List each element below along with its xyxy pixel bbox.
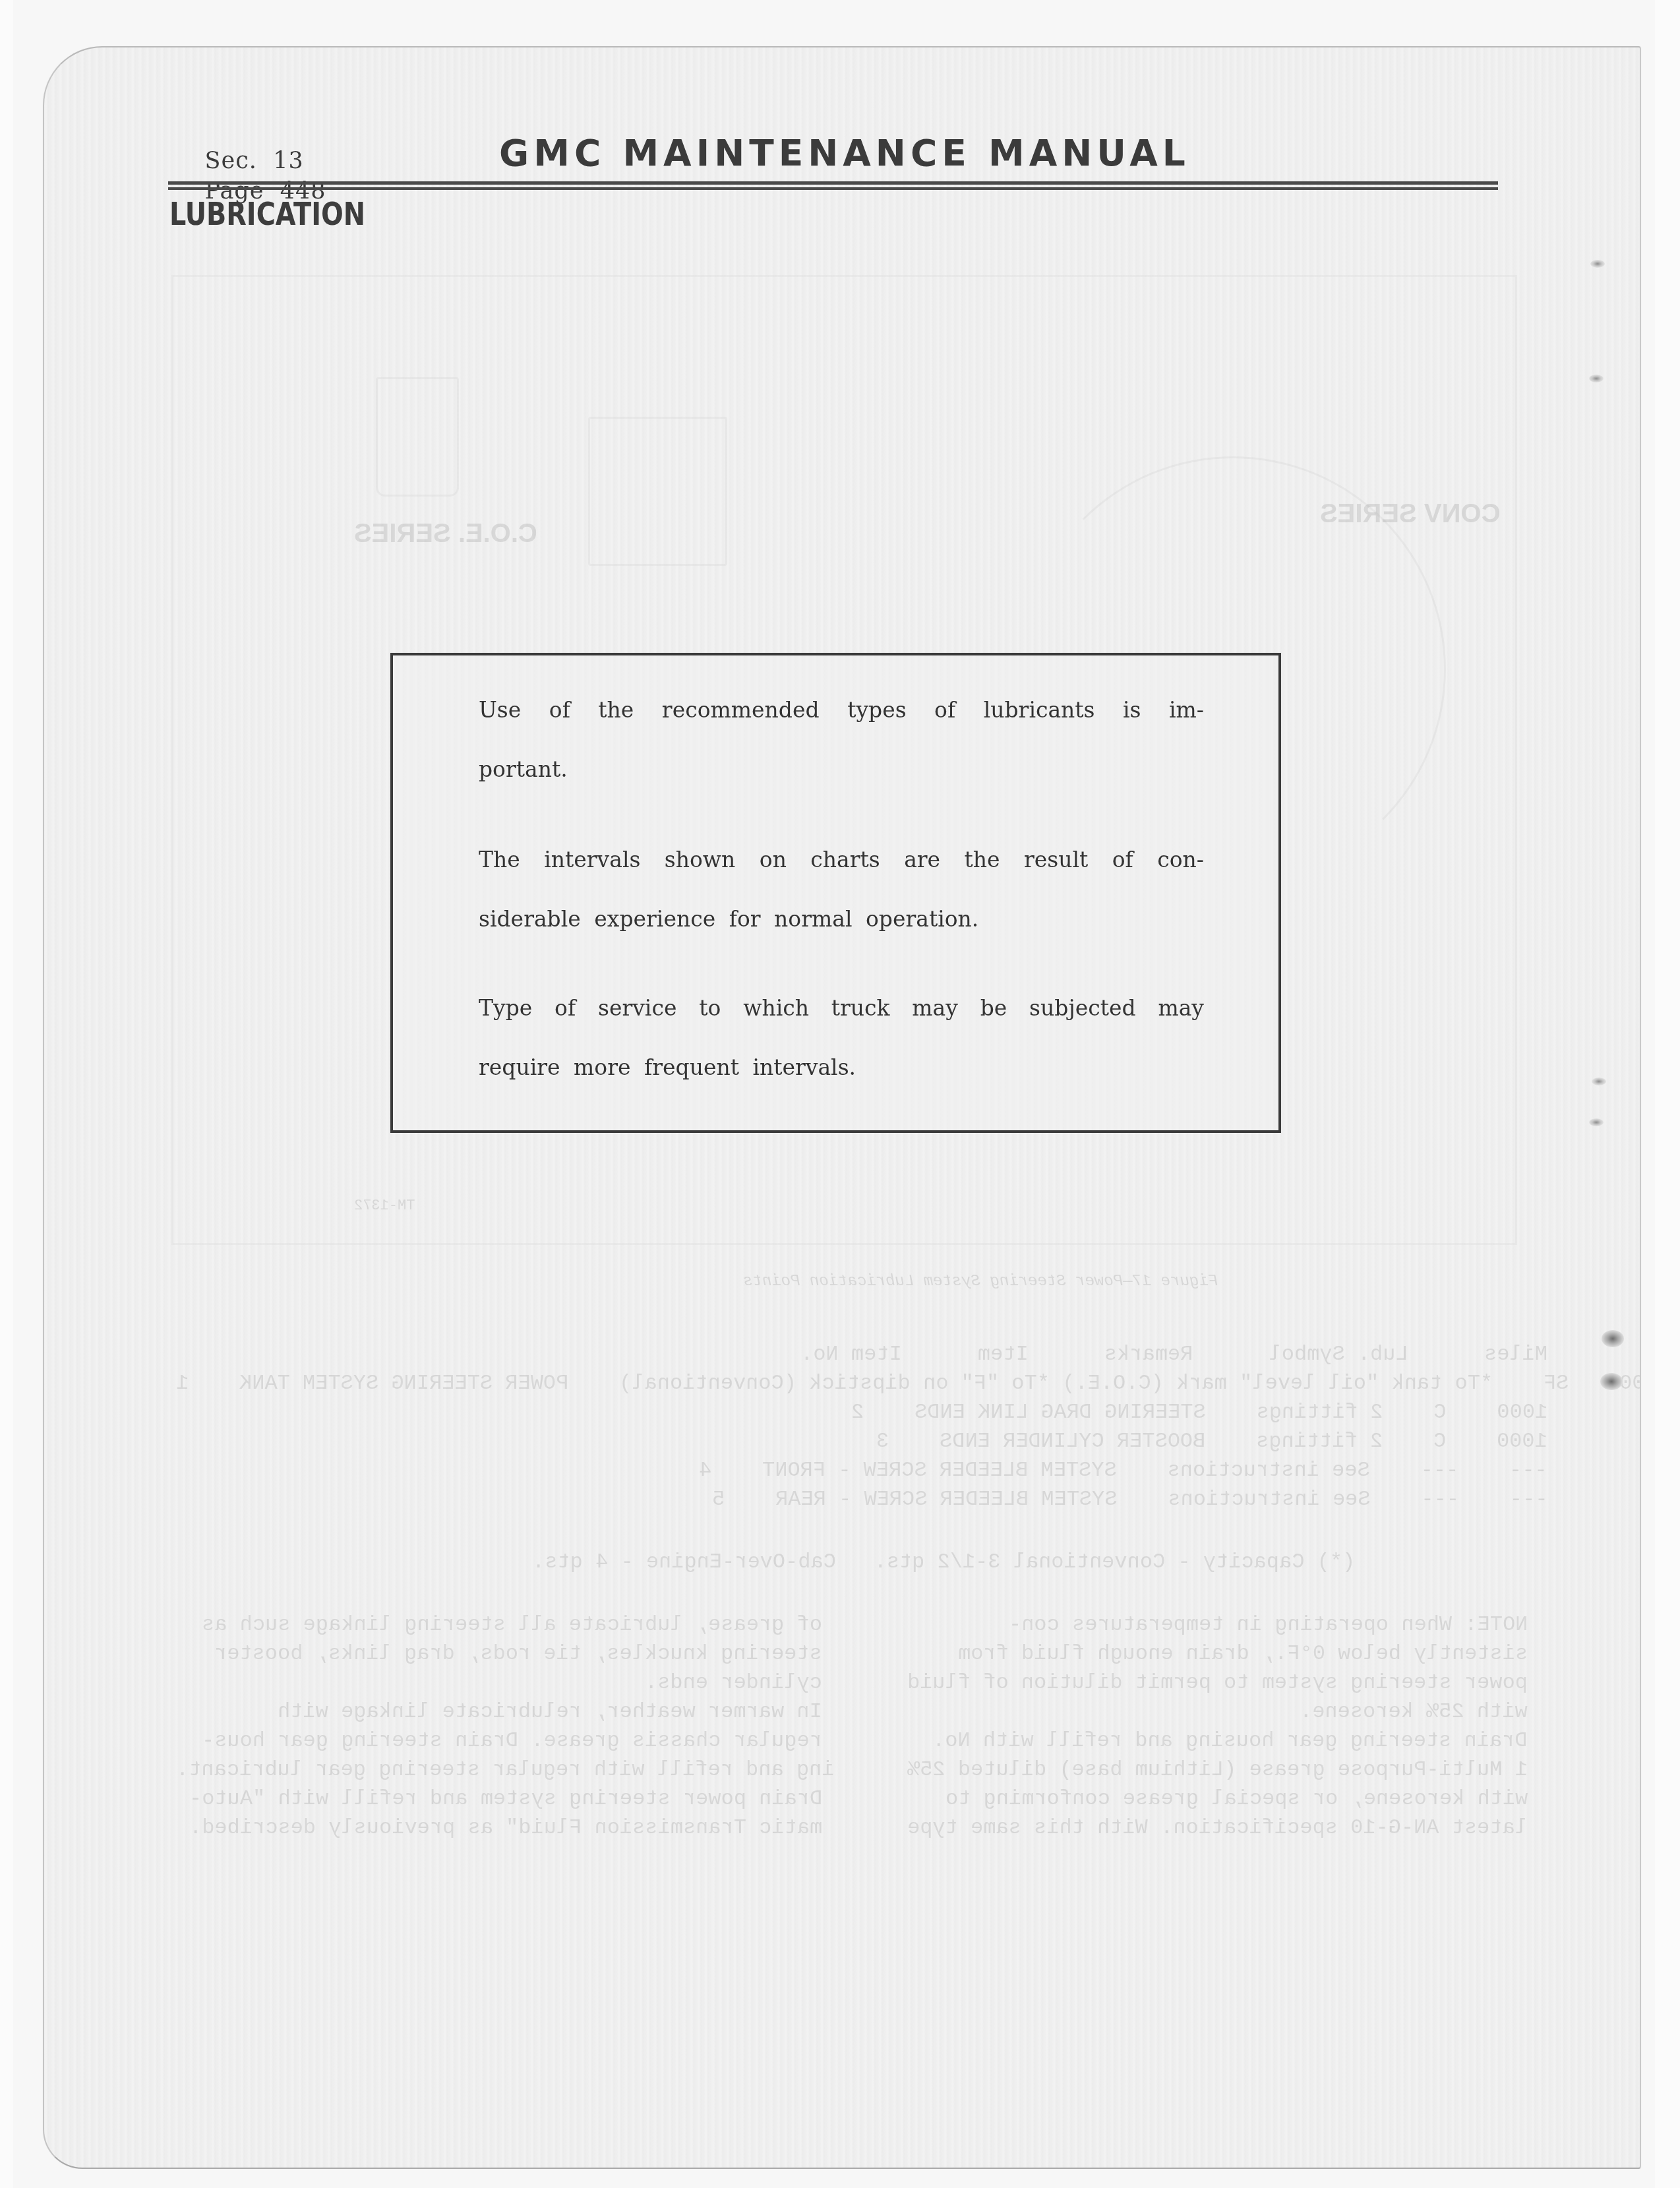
scan-margin-left (0, 0, 13, 2188)
ghost-line: power steering system to permit dilution… (882, 1668, 1528, 1697)
ghost-line: sistently below 0°F., drain enough fluid… (882, 1639, 1528, 1668)
ghost-line: matic Transmission Fluid" as previously … (176, 1813, 822, 1842)
header-rule-top (168, 181, 1498, 185)
ghost-lubrication-table: Miles Lub. Symbol Remarks Item Item No.1… (176, 1340, 1547, 1514)
binder-hole (1602, 1330, 1624, 1347)
binder-hole (1589, 375, 1604, 382)
notice-box: Use of the recommended types of lubrican… (390, 653, 1281, 1133)
binder-hole (1592, 1078, 1606, 1085)
ghost-label-conv: CONV SERIES (1320, 499, 1500, 529)
ghost-label-coe: C.O.E. SERIES (354, 519, 537, 549)
ghost-line: latest AN-G-10 specification. With this … (882, 1813, 1528, 1842)
ghost-line: --- --- See instructions SYSTEM BLEEDER … (176, 1456, 1547, 1485)
ghost-line: Miles Lub. Symbol Remarks Item Item No. (176, 1340, 1547, 1369)
ghost-line: ing and refill with regular steering gea… (176, 1755, 822, 1784)
ghost-line: with kerosene, or special grease conform… (882, 1784, 1528, 1813)
ghost-line: regular chassis grease. Drain steering g… (176, 1726, 822, 1755)
ghost-line: 1000 C 2 fittings STEERING DRAG LINK END… (176, 1398, 1547, 1427)
header-rule-bottom (168, 187, 1498, 190)
ghost-column-right: NOTE: When operating in temperatures con… (882, 1610, 1528, 1842)
manual-page: C.O.E. SERIES CONV SERIES TM-1372 Figure… (43, 46, 1641, 2169)
ghost-line: steering knuckles, tie rods, drag links,… (176, 1639, 822, 1668)
manual-title: GMC MAINTENANCE MANUAL (499, 132, 1190, 174)
ghost-line: cylinder ends. (176, 1668, 822, 1697)
ghost-figure-caption: Figure 17—Power Steering System Lubricat… (743, 1267, 1218, 1296)
binder-hole (1590, 260, 1605, 268)
section-title: LUBRICATION (169, 196, 365, 233)
ghost-line: 1 Multi-Purpose grease (Lithium base) di… (882, 1755, 1528, 1784)
ghost-line: In warmer weather, relubricate linkage w… (176, 1697, 822, 1726)
ghost-line: 1000 C 2 fittings BOOSTER CYLINDER ENDS … (176, 1427, 1547, 1456)
ghost-line: of grease, lubricate all steering linkag… (176, 1610, 822, 1639)
notice-paragraph-2: The intervals shown on charts are the re… (479, 830, 1204, 949)
ghost-line: --- --- See instructions SYSTEM BLEEDER … (176, 1485, 1547, 1514)
ghost-line: NOTE: When operating in temperatures con… (882, 1610, 1528, 1639)
ghost-capacity-note: (*) Capacity - Conventional 3-1/2 qts. C… (532, 1548, 1355, 1577)
ghost-conv-tank-drawing (588, 417, 727, 566)
binder-hole (1600, 1373, 1623, 1390)
ghost-line: with 25% kerosene. (882, 1697, 1528, 1726)
ghost-line: Drain power steering system and refill w… (176, 1784, 822, 1813)
ghost-coe-tank-drawing (376, 377, 459, 497)
ghost-line: Drain steering gear housing and refill w… (882, 1726, 1528, 1755)
ghost-line: 1000 SF *To tank "oil level" mark (C.O.E… (176, 1369, 1547, 1398)
scan-margin-right (1655, 0, 1680, 2188)
notice-paragraph-1: Use of the recommended types of lubrican… (479, 681, 1204, 799)
notice-paragraph-3: Type of service to which truck may be su… (479, 979, 1204, 1097)
ghost-column-left: of grease, lubricate all steering linkag… (176, 1610, 822, 1842)
ghost-label-tm: TM-1372 (354, 1192, 415, 1221)
binder-hole (1589, 1118, 1604, 1126)
